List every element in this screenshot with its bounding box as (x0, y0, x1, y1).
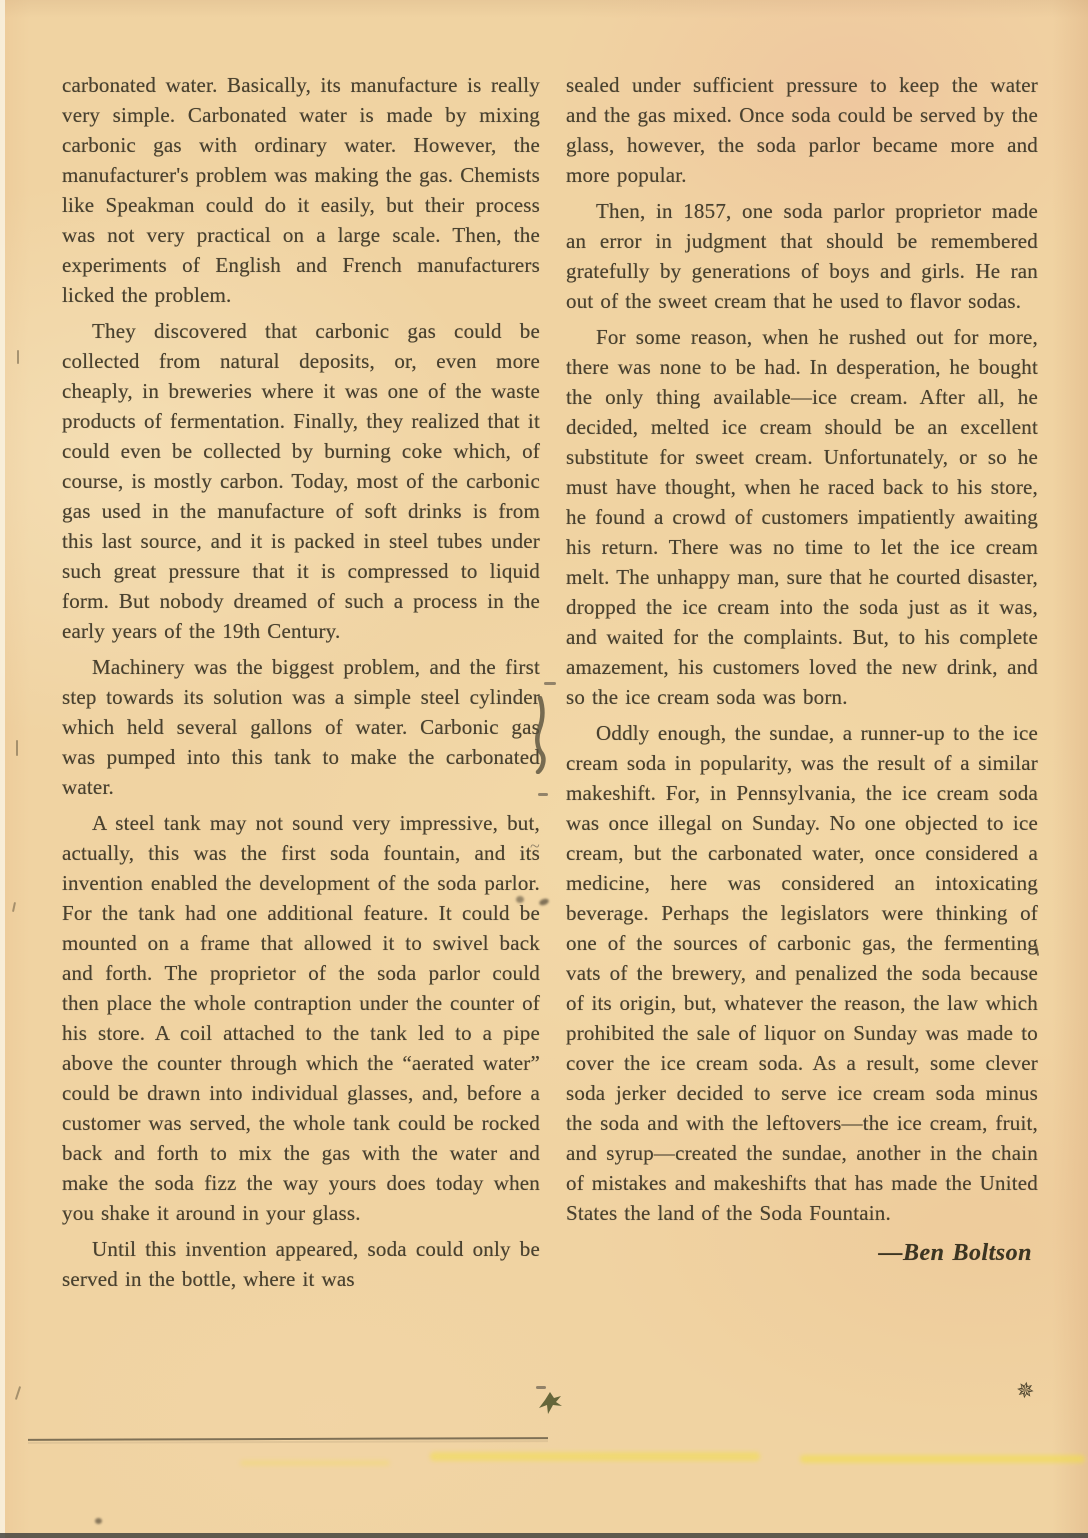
yellow-stain (240, 1460, 390, 1466)
column-left-paragraphs: carbonated water. Basically, its manufac… (62, 70, 540, 1294)
ink-dot (95, 1518, 102, 1524)
paragraph: Until this invention appeared, soda coul… (62, 1234, 540, 1294)
magazine-page: carbonated water. Basically, its manufac… (0, 0, 1088, 1538)
bottom-rule (28, 1437, 548, 1441)
gutter-tilde-mark: ~ (530, 836, 540, 857)
paragraph: Machinery was the biggest problem, and t… (62, 652, 540, 802)
paragraph: A steel tank may not sound very impressi… (62, 808, 540, 1228)
margin-tick (17, 350, 19, 364)
yellow-stain (430, 1452, 760, 1461)
paragraph: Then, in 1857, one soda parlor proprieto… (566, 196, 1038, 316)
paragraph: For some reason, when he rushed out for … (566, 322, 1038, 712)
column-right-paragraphs: sealed under sufficient pressure to keep… (566, 70, 1038, 1228)
page-bottom-edge (0, 1533, 1088, 1538)
gutter-smudge (516, 896, 524, 903)
pencil-stroke-mark (530, 696, 550, 774)
gutter-dash-mark (536, 1386, 546, 1389)
margin-tick (15, 1386, 21, 1400)
paragraph: sealed under sufficient pressure to keep… (566, 70, 1038, 190)
paragraph: carbonated water. Basically, its manufac… (62, 70, 540, 310)
yellow-stain (800, 1455, 1085, 1463)
author-signature: —Ben Boltson (566, 1238, 1038, 1268)
gutter-dash-mark (538, 793, 548, 796)
ink-apostrophe-mark: ✵ (1014, 1377, 1036, 1405)
margin-tick (16, 740, 18, 756)
text-column-right: sealed under sufficient pressure to keep… (566, 70, 1038, 1268)
gutter-dash-mark (544, 682, 556, 685)
paragraph: Oddly enough, the sundae, a runner-up to… (566, 718, 1038, 1228)
paragraph: They discovered that carbonic gas could … (62, 316, 540, 646)
ink-blot-mark (536, 1390, 566, 1418)
page-left-edge (0, 0, 5, 1538)
text-column-left: carbonated water. Basically, its manufac… (62, 70, 540, 1300)
margin-tick (12, 902, 16, 912)
